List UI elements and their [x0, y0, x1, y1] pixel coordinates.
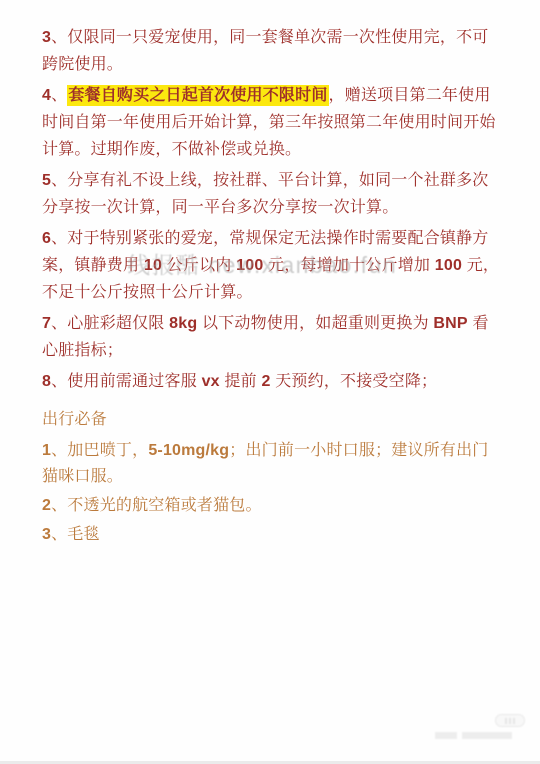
watermark-id-blur: [435, 732, 512, 739]
text-run: 元，每增加十公斤增加: [263, 257, 434, 274]
text-run: 以下动物使用，如超重则更换为: [197, 315, 433, 332]
text-run: 100: [435, 257, 462, 274]
term-item: 6、对于特别紧张的爱宠，常规保定无法操作时需要配合镇静方案，镇静费用 10 公斤…: [42, 225, 502, 306]
text-run: 、不透光的航空箱或者猫包。: [51, 497, 262, 514]
text-run: 、毛毯: [51, 526, 100, 543]
text-run: 8kg: [169, 315, 197, 332]
term-item: 4、套餐自购买之日起首次使用不限时间，赠送项目第二年使用时间自第一年使用后开始计…: [42, 82, 502, 163]
terms-list: 3、仅限同一只爱宠使用，同一套餐单次需一次性使用完，不可跨院使用。4、套餐自购买…: [42, 24, 502, 395]
travel-item: 3、毛毯: [42, 522, 502, 548]
text-run: 2: [261, 373, 270, 390]
text-run: 7: [42, 315, 51, 332]
document-page: 3、仅限同一只爱宠使用，同一套餐单次需一次性使用完，不可跨院使用。4、套餐自购买…: [0, 0, 540, 764]
text-run: vx: [202, 373, 220, 390]
text-run: 、加巴喷丁，: [51, 442, 148, 459]
term-item: 5、分享有礼不设上线，按社群、平台计算，如同一个社群多次分享按一次计算，同一平台…: [42, 167, 502, 221]
document-body: 3、仅限同一只爱宠使用，同一套餐单次需一次性使用完，不可跨院使用。4、套餐自购买…: [42, 24, 502, 551]
text-run: 6: [42, 230, 51, 247]
text-run: 、仅限同一只爱宠使用，同一套餐单次需一次性使用完，不可跨院使用。: [42, 29, 489, 73]
text-run: 3: [42, 526, 51, 543]
text-run: 、心脏彩超仅限: [51, 315, 169, 332]
text-run: 提前: [220, 373, 262, 390]
text-run: BNP: [433, 315, 467, 332]
text-run: 天预约，不接受空降；: [271, 373, 438, 390]
text-run: 、: [51, 87, 67, 104]
highlighted-text: 套餐自购买之日起首次使用不限时间: [67, 85, 328, 106]
xiaohongshu-watermark: [410, 714, 540, 764]
text-run: 、使用前需通过客服: [51, 373, 201, 390]
travel-list: 1、加巴喷丁，5-10mg/kg；出门前一小时口服；建议所有出门猫咪口服。2、不…: [42, 438, 502, 548]
text-run: 4: [42, 87, 51, 104]
travel-heading: 出行必备: [42, 407, 502, 433]
term-item: 3、仅限同一只爱宠使用，同一套餐单次需一次性使用完，不可跨院使用。: [42, 24, 502, 78]
xiaohongshu-logo-icon: [495, 714, 525, 727]
text-run: 2: [42, 497, 51, 514]
travel-item: 2、不透光的航空箱或者猫包。: [42, 493, 502, 519]
text-run: 、分享有礼不设上线，按社群、平台计算，如同一个社群多次分享按一次计算，同一平台多…: [42, 172, 489, 216]
text-run: 3: [42, 29, 51, 46]
term-item: 7、心脏彩超仅限 8kg 以下动物使用，如超重则更换为 BNP 看心脏指标；: [42, 310, 502, 364]
text-run: 8: [42, 373, 51, 390]
travel-item: 1、加巴喷丁，5-10mg/kg；出门前一小时口服；建议所有出门猫咪口服。: [42, 438, 502, 490]
text-run: 1: [42, 442, 51, 459]
text-run: 公斤以内: [162, 257, 236, 274]
text-run: 5-10mg/kg: [148, 442, 229, 459]
travel-section: 出行必备 1、加巴喷丁，5-10mg/kg；出门前一小时口服；建议所有出门猫咪口…: [42, 407, 502, 548]
text-run: 100: [236, 257, 263, 274]
term-item: 8、使用前需通过客服 vx 提前 2 天预约，不接受空降；: [42, 368, 502, 395]
text-run: 10: [144, 257, 162, 274]
text-run: 5: [42, 172, 51, 189]
